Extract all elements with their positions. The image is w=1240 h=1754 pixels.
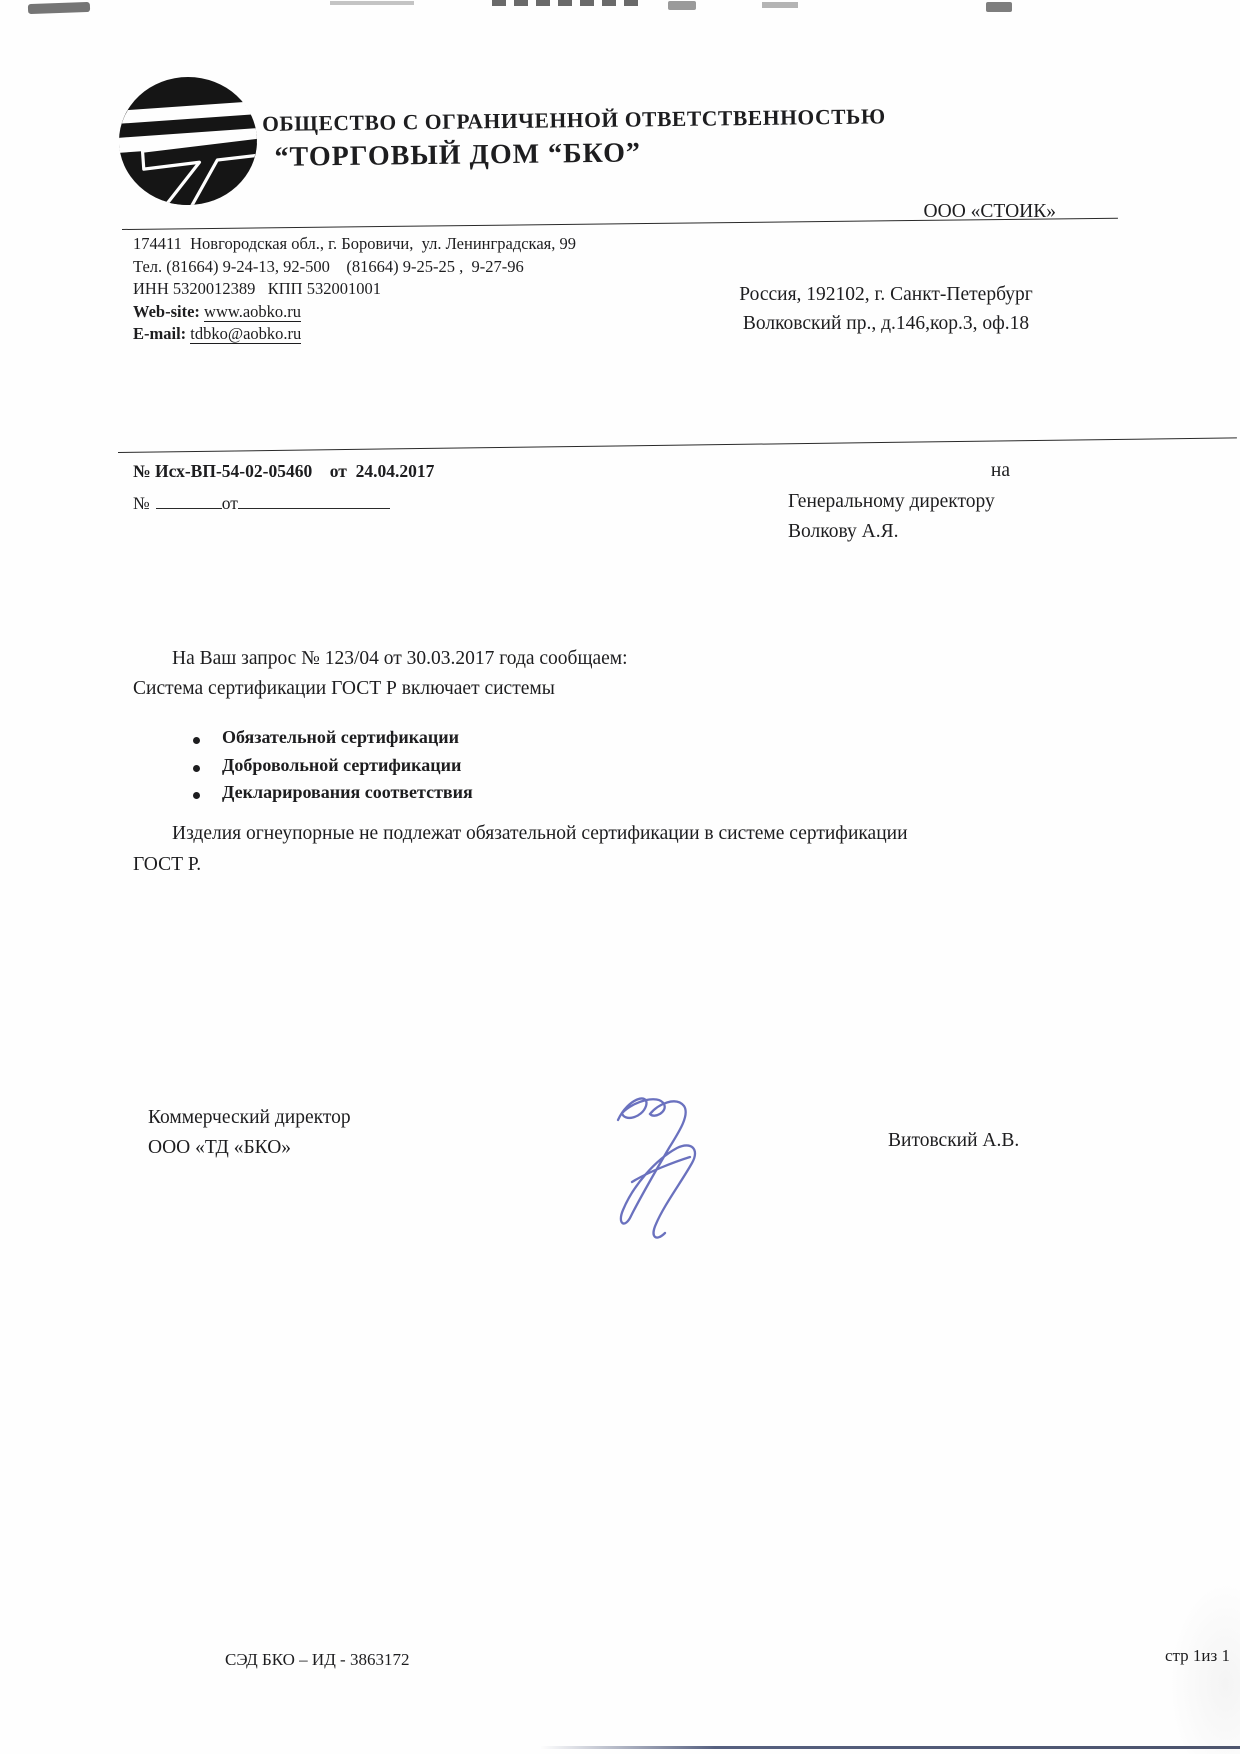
recipient-address-line1: Россия, 192102, г. Санкт-Петербург xyxy=(700,281,1072,310)
page-number: стр 1из 1 xyxy=(1130,1646,1230,1666)
document-id: СЭД БКО – ИД - 3863172 xyxy=(225,1650,409,1670)
certification-systems-list: Обязательной сертификации Добровольной с… xyxy=(193,727,473,810)
sender-inn-kpp: ИНН 5320012389 КПП 532001001 xyxy=(133,278,576,301)
company-type-line: ОБЩЕСТВО С ОГРАНИЧЕННОЙ ОТВЕТСТВЕННОСТЬЮ xyxy=(262,104,886,137)
bullet-icon xyxy=(193,792,200,799)
scan-artifact xyxy=(330,1,414,5)
scanned-letter-page: ОБЩЕСТВО С ОГРАНИЧЕННОЙ ОТВЕТСТВЕННОСТЬЮ… xyxy=(0,0,1240,1754)
list-item-label: Обязательной сертификации xyxy=(222,727,459,748)
addressee-name: Волкову А.Я. xyxy=(788,521,898,543)
outgoing-reference-line: № Исх-ВП-54-02-05460 от 24.04.2017 xyxy=(133,461,434,482)
body-paragraph2-line2: ГОСТ Р. xyxy=(133,854,201,876)
recipient-org: ООО «СТОИК» xyxy=(860,201,1056,223)
scan-artifact xyxy=(28,2,90,14)
scan-artifact xyxy=(492,0,642,6)
incoming-number-blank xyxy=(156,493,222,509)
sender-phones: Тел. (81664) 9-24-13, 92-500 (81664) 9-2… xyxy=(133,256,576,279)
scan-artifact xyxy=(668,1,696,10)
bko-logo-icon xyxy=(118,76,260,208)
website-label: Web-site: xyxy=(133,302,200,321)
list-item-label: Декларирования соответствия xyxy=(222,782,473,803)
sender-website-line: Web-site: www.aobko.ru xyxy=(133,301,576,324)
reference-divider-line xyxy=(118,437,1237,453)
scan-artifact xyxy=(762,2,798,8)
signer-position-line1: Коммерческий директор xyxy=(148,1103,351,1133)
signer-position-block: Коммерческий директор ООО «ТД «БКО» xyxy=(148,1103,351,1163)
body-paragraph1-line1: На Ваш запрос № 123/04 от 30.03.2017 год… xyxy=(172,648,628,670)
sender-email-line: E-mail: tdbko@aobko.ru xyxy=(133,323,576,346)
incoming-number-label: № xyxy=(133,493,150,513)
incoming-date-blank xyxy=(238,493,390,509)
list-item: Обязательной сертификации xyxy=(193,727,473,755)
list-item-label: Добровольной сертификации xyxy=(222,755,461,776)
website-url: www.aobko.ru xyxy=(204,302,301,322)
sender-contact-block: 174411 Новгородская обл., г. Боровичи, у… xyxy=(133,233,576,346)
recipient-address-block: Россия, 192102, г. Санкт-Петербург Волко… xyxy=(700,281,1072,338)
letterhead: ОБЩЕСТВО С ОГРАНИЧЕННОЙ ОТВЕТСТВЕННОСТЬЮ… xyxy=(262,104,886,174)
list-item: Добровольной сертификации xyxy=(193,755,473,783)
company-name-line: “ТОРГОВЫЙ ДОМ “БКО” xyxy=(274,134,886,173)
signer-name: Витовский А.В. xyxy=(888,1130,1019,1152)
bullet-icon xyxy=(193,765,200,772)
body-paragraph2-line1: Изделия огнеупорные не подлежат обязател… xyxy=(172,823,908,845)
sender-address: 174411 Новгородская обл., г. Боровичи, у… xyxy=(133,233,576,256)
bullet-icon xyxy=(193,737,200,744)
scan-artifact xyxy=(986,2,1012,12)
addressee-title: Генеральному директору xyxy=(788,491,995,513)
body-paragraph1-line2: Система сертификации ГОСТ Р включает сис… xyxy=(133,678,555,700)
email-label: E-mail: xyxy=(133,324,186,343)
scan-artifact xyxy=(540,1746,1240,1749)
email-address: tdbko@aobko.ru xyxy=(190,324,301,344)
scan-artifact xyxy=(1168,1580,1240,1754)
recipient-address-line2: Волковский пр., д.146,кор.3, оф.18 xyxy=(700,310,1072,339)
list-item: Декларирования соответствия xyxy=(193,782,473,810)
handwritten-signature-icon xyxy=(590,1082,740,1247)
incoming-reference-line: №от xyxy=(133,493,390,514)
signer-position-line2: ООО «ТД «БКО» xyxy=(148,1133,351,1163)
incoming-from-label: от xyxy=(222,493,238,513)
addressee-preposition: на xyxy=(920,460,1010,482)
